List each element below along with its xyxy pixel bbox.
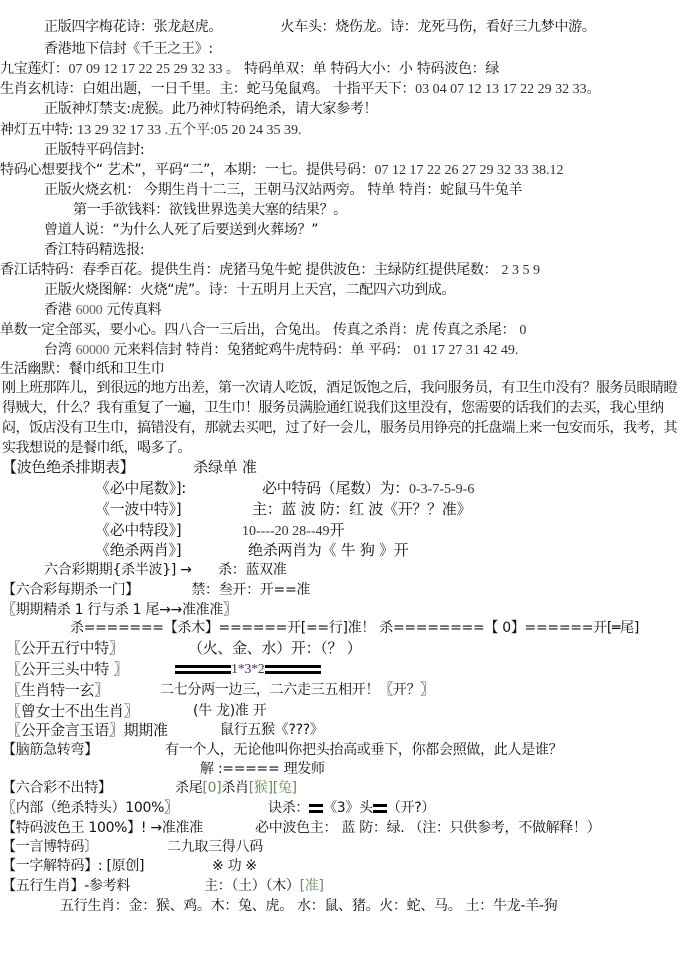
special-code-attrs: 特码单双：单 特码大小：小 特码波色：绿 — [244, 61, 499, 77]
label: 杀尾 — [175, 780, 202, 796]
numbers: 03 04 07 12 13 17 22 29 32 33。 — [415, 82, 601, 97]
tail-numbers: 2 3 5 9 — [502, 263, 541, 278]
bars-icon — [373, 804, 387, 813]
numbers: 01 17 27 31 42 49. — [413, 343, 518, 358]
accurate-tag: [准] — [300, 878, 324, 894]
row-ms-zeng-value: (牛 龙)准 开 — [193, 702, 266, 720]
row-golden-words-value: 鼠行五猴《???》 — [220, 721, 324, 739]
row-one-word-label: 【一言博特码〕 — [2, 838, 98, 856]
head: 《3》头 — [323, 800, 373, 816]
lamp-ban-line: 正版神灯禁支:虎猴。此乃神灯特码绝杀，请大家参考！ — [44, 100, 377, 118]
row-ms-zeng-label: 〖曾女士不出生肖〗 — [6, 702, 138, 720]
odd-numbers-line: 单数一定全部买，要小心。四八合一三后出，合兔出。 传真之杀肖：虎 传真之杀尾： … — [0, 321, 526, 340]
tail: [0] — [202, 780, 221, 796]
row-kill-wood: 杀=======【杀木】======开[==行]准！ 杀========【 0】… — [70, 619, 639, 637]
label: 生肖玄机诗：白姐出题，一日千里。主：蛇马兔鼠鸡。 十指平天下： — [0, 81, 415, 97]
label: 神灯五中特: — [0, 122, 73, 138]
kill-wood: 杀=======【杀木】======开[==行]准！ — [70, 620, 375, 636]
label: 诀杀： — [268, 800, 309, 816]
amount: 6000 — [76, 303, 103, 318]
label: 开 — [329, 521, 344, 539]
row-must-segment-value: 10----20 28--49开 — [242, 521, 344, 541]
row-kill-two-label: 《绝杀两肖》] — [95, 541, 181, 559]
label: 杀肖 — [221, 780, 248, 796]
row-one-char-value: ※ 功 ※ — [212, 857, 257, 875]
row-inner-value: 诀杀：《3》头（开?） — [268, 799, 435, 817]
fire-diagram-line: 正版火烧图解：火烧“虎”。诗：十五明月上天宫，二配四六功到成。 — [44, 281, 455, 299]
label: 元来料信封 特肖：兔猪蛇鸡牛虎特码：单 平码： — [113, 342, 409, 358]
heads-code: 1*3*2 — [231, 662, 265, 677]
label: 元传真料 — [107, 302, 162, 318]
row-kill-door: 【六合彩每期杀一门】 禁：叁开：开==准 — [2, 581, 310, 599]
row-three-heads-label: 〖公开三头中特 〗 — [6, 660, 128, 678]
numbers: 0-3-7-5-9-6 — [409, 482, 474, 497]
row-five-elements-label: 〖公开五行中特〗 — [6, 639, 124, 657]
xiangjiang-line: 香江话特码：春季百花。提供生肖：虎猪马兔牛蛇 提供波色：主绿防红提供尾数： 2 … — [0, 261, 540, 280]
row-five-elements-value: （火、金、水）开：（？ ） — [188, 639, 361, 657]
fire-mystery-line: 正版火烧玄机： 今期生肖十二三，王朝马汉站两旁。 特单 特肖：蛇鼠马牛兔羊 — [44, 181, 522, 199]
row-half-wave-label: 六合彩期期{杀半波}] → — [44, 561, 192, 579]
row-brain-teaser-answer: 解 :===== 理发师 — [200, 760, 325, 778]
plum-poem-line: 正版四字梅花诗：张龙赵虎。 火车头：烧伤龙。诗：龙死马伤，看好三九梦中游。 — [44, 18, 596, 36]
row-must-segment-label: 《必中特段》] — [95, 521, 181, 539]
row-kill-line-tail: 〖期期精杀 1 行与杀 1 尾→→准准准〗 — [2, 601, 237, 619]
label: 【六合彩每期杀一门】 — [2, 582, 139, 598]
humor-title: 生活幽默：餐巾纸和卫生巾 — [0, 360, 164, 378]
label: 特码心想要找个“ 艺术”，平码“二”，本期：一七。提供号码： — [0, 162, 374, 178]
zeng-quote-line: 曾道人说：“为什么人死了后要送到火葬场？” — [44, 221, 318, 239]
value: 禁：叁开：开==准 — [191, 582, 310, 598]
train-head-poem: 火车头：烧伤龙。诗：龙死马伤，看好三九梦中游。 — [280, 19, 595, 35]
value: 主：（土）（木） — [204, 878, 300, 894]
numbers: 07 09 12 17 22 25 29 32 33 。 — [69, 62, 241, 77]
hk-envelope-title: 香港地下信封《千王之王》: — [44, 40, 213, 58]
row-inner-label: 〖内部（绝杀特头）100%〗 — [2, 799, 178, 817]
row-not-special-label: 【六合彩不出特】 — [2, 779, 112, 797]
label: 单数一定全部买，要小心。四八合一三后出，合兔出。 传真之杀肖：虎 传真之杀尾： — [0, 322, 515, 338]
row-five-zodiac-value: 主：（土）（木）[准] — [204, 877, 324, 895]
row-zodiac-one-value: 二七分两一边三，二六走三五相开！〖开？〗 — [160, 681, 434, 699]
envelope-title: 正版特平码信封: — [44, 141, 144, 159]
kill-tail: 0 — [519, 323, 526, 338]
row-one-word-value: 二九取三得八码 — [167, 838, 263, 856]
bars-icon — [309, 804, 323, 813]
row-kill-two-value: 绝杀两肖为《 牛 狗 》开 — [248, 541, 408, 559]
first-hand-line: 第一手欲钱料：欲钱世界选美大塞的结果？。 — [73, 201, 347, 219]
row-wave-king-label: 【特码波色王 100%】! →准准准 — [2, 819, 203, 837]
note: （开?） — [387, 800, 435, 816]
label: 香港 — [44, 302, 71, 318]
row-brain-teaser-value: 有一个人，无论他叫你把头抬高或垂下，你都会照做，此人是谁？ — [165, 741, 562, 759]
row-brain-teaser-label: 【脑筋急转弯】 — [2, 741, 98, 759]
label: 香江话特码：春季百花。提供生肖：虎猪马兔牛蛇 提供波色：主绿防红提供尾数： — [0, 262, 497, 278]
row-five-zodiac-label: 【五行生肖】-参考料 — [2, 877, 130, 895]
numbers: 10----20 28--49 — [242, 524, 329, 539]
numbers: 07 12 17 22 26 27 29 32 33 38.12 — [374, 163, 563, 178]
row-zodiac-one-label: 〖生肖特一玄〗 — [6, 681, 109, 699]
row-must-tail-label: 《必中尾数》]: — [95, 479, 186, 497]
label: 九宝莲灯： — [0, 61, 69, 77]
zodiac: [兔] — [273, 780, 297, 796]
lamp-five-line: 神灯五中特: 13 29 32 17 33 .五个平:05 20 24 35 3… — [0, 121, 301, 140]
numbers: 13 29 32 17 33 .五个平:05 20 24 35 39. — [77, 123, 301, 138]
row-three-heads-value: 1*3*2 — [175, 660, 321, 679]
taiwan-envelope-line: 台湾 60000 元来料信封 特肖：兔猪蛇鸡牛虎特码：单 平码： 01 17 2… — [44, 341, 518, 360]
kill-zero: 杀========【 0】======开[═尾] — [379, 620, 639, 636]
row-five-zodiac-detail: 五行生肖：金：猴、鸡。木：兔、虎。 水：鼠、猪。火：蛇、马。 土：牛龙-羊-狗 — [60, 897, 557, 915]
bars-icon — [265, 665, 321, 674]
row-one-wave-label: 《一波中特》] — [95, 500, 181, 518]
xiangjiang-title: 香江特码精选报: — [44, 241, 144, 259]
section-value: 杀绿单 准 — [193, 458, 256, 476]
zodiac: [猴] — [249, 780, 273, 796]
zodiac-poem-line: 生肖玄机诗：白姐出题，一日千里。主：蛇马兔鼠鸡。 十指平天下：03 04 07 … — [0, 80, 601, 99]
row-one-char-label: 【一字解特码】: [原创] — [2, 857, 144, 875]
section-title: 【波色绝杀排期表】 — [2, 458, 134, 476]
row-not-special-value: 杀尾[0]杀肖[猴][兔] — [175, 779, 297, 797]
row-must-tail-value: 必中特码（尾数）为：0-3-7-5-9-6 — [262, 479, 474, 499]
nine-lamps-line: 九宝莲灯：07 09 12 17 22 25 29 32 33 。 特码单双：单… — [0, 60, 499, 79]
label: 台湾 — [44, 342, 71, 358]
humor-story: 刚上班那阵儿，到很远的地方出差，第一次请人吃饭，酒足饭饱之后，我问服务员，有卫生… — [2, 378, 688, 458]
row-golden-words-label: 〖公开金言玉语〗期期准 — [6, 721, 168, 739]
label: 必中特码（尾数）为： — [262, 479, 409, 497]
row-one-wave-value: 主：蓝 波 防：红 波《开？？准》 — [252, 500, 471, 518]
bars-icon — [175, 665, 231, 674]
plum-poem: 正版四字梅花诗：张龙赵虎。 — [44, 19, 222, 35]
hk-fax-line: 香港 6000 元传真料 — [44, 301, 161, 320]
row-half-wave-value: 杀：蓝双准 — [218, 561, 287, 579]
amount: 60000 — [76, 343, 110, 358]
row-wave-king-value: 必中波色主： 蓝 防：绿. （注：只供参考，不做解释！） — [255, 819, 600, 837]
special-code-wish-line: 特码心想要找个“ 艺术”，平码“二”，本期：一七。提供号码：07 12 17 2… — [0, 161, 563, 180]
table-title-row: 【波色绝杀排期表】 杀绿单 准 — [2, 458, 257, 476]
